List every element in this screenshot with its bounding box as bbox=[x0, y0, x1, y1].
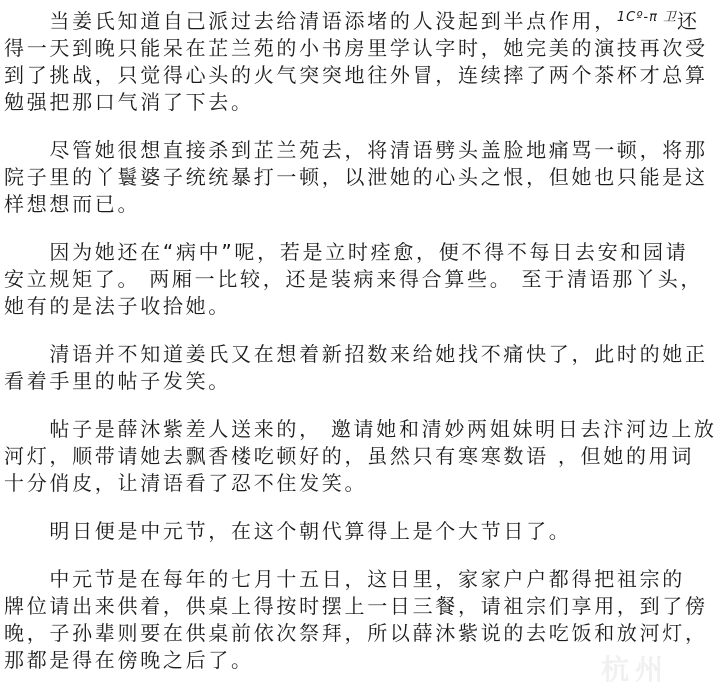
text-line: 清语并不知道姜氏又在想着新招数来给她找不痛快了，此时的她正 bbox=[4, 341, 721, 368]
site-watermark: 杭州 bbox=[601, 648, 669, 688]
paragraph-2: 尽管她很想直接杀到芷兰苑去，将清语劈头盖脸地痛骂一顿，将那 院子里的丫鬟婆子统统… bbox=[0, 137, 721, 218]
text-line: 尽管她很想直接杀到芷兰苑去，将清语劈头盖脸地痛骂一顿，将那 bbox=[4, 137, 721, 164]
novel-text-page: 当姜氏知道自己派过去给清语添堵的人没起到半点作用，1Cº-π 卫还 得一天到晚只… bbox=[0, 0, 721, 690]
text-line: 中元节是在每年的七月十五日，这日里，家家户户都得把祖宗的 bbox=[4, 566, 721, 593]
text-line: 勉强把那口气消了下去。 bbox=[4, 89, 721, 116]
text-line: 因为她还在“病中”呢，若是立时痊愈，便不得不每日去安和园请 bbox=[4, 239, 721, 266]
text-line: 牌位请出来供着，供桌上得按时摆上一日三餐，请祖宗们享用，到了傍 bbox=[4, 593, 721, 620]
text-line: 样想想而已。 bbox=[4, 191, 721, 218]
text-run: 还 bbox=[677, 9, 700, 33]
text-line: 看着手里的帖子发笑。 bbox=[4, 368, 721, 395]
text-line: 十分俏皮，让清语看了忍不住发笑。 bbox=[4, 470, 721, 497]
text-line: 晚，子孙辈则要在供桌前依次祭拜，所以薛沐紫说的去吃饭和放河灯， bbox=[4, 620, 721, 647]
text-line: 河灯，顺带请她去飘香楼吃顿好的，虽然只有寒寒数语 ，但她的用词 bbox=[4, 443, 721, 470]
paragraph-1: 当姜氏知道自己派过去给清语添堵的人没起到半点作用，1Cº-π 卫还 得一天到晚只… bbox=[0, 4, 721, 116]
paragraph-4: 清语并不知道姜氏又在想着新招数来给她找不痛快了，此时的她正 看着手里的帖子发笑。 bbox=[0, 341, 721, 395]
text-line: 明日便是中元节，在这个朝代算得上是个大节日了。 bbox=[4, 518, 721, 545]
handwritten-annotation: 1Cº-π 卫 bbox=[617, 10, 677, 25]
paragraph-6: 明日便是中元节，在这个朝代算得上是个大节日了。 bbox=[0, 518, 721, 545]
text-line: 得一天到晚只能呆在芷兰苑的小书房里学认字时，她完美的演技再次受 bbox=[4, 35, 721, 62]
text-line: 院子里的丫鬟婆子统统暴打一顿，以泄她的心头之恨，但她也只能是这 bbox=[4, 164, 721, 191]
text-line: 到了挑战，只觉得心头的火气突突地往外冒，连续摔了两个茶杯才总算 bbox=[4, 62, 721, 89]
text-line: 她有的是法子收拾她。 bbox=[4, 293, 721, 320]
text-run: 当姜氏知道自己派过去给清语添堵的人没起到半点作用， bbox=[4, 9, 617, 33]
text-line: 当姜氏知道自己派过去给清语添堵的人没起到半点作用，1Cº-π 卫还 bbox=[4, 4, 721, 35]
text-line: 安立规矩了。 两厢一比较，还是装病来得合算些。 至于清语那丫头， bbox=[4, 266, 721, 293]
paragraph-5: 帖子是薛沐紫差人送来的， 邀请她和清妙两姐妹明日去汴河边上放 河灯，顺带请她去飘… bbox=[0, 416, 721, 497]
text-line: 帖子是薛沐紫差人送来的， 邀请她和清妙两姐妹明日去汴河边上放 bbox=[4, 416, 721, 443]
paragraph-3: 因为她还在“病中”呢，若是立时痊愈，便不得不每日去安和园请 安立规矩了。 两厢一… bbox=[0, 239, 721, 320]
